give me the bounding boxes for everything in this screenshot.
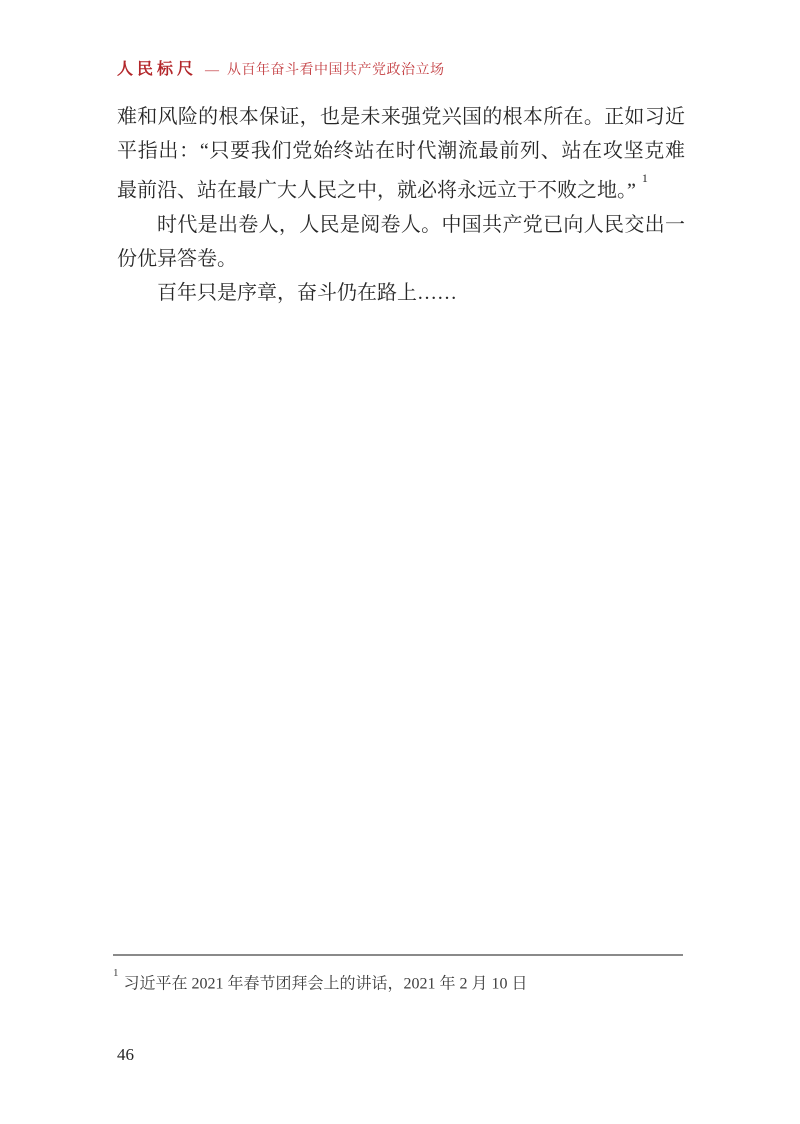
body-text: 难和风险的根本保证，也是未来强党兴国的根本所在。正如习近平指出：“只要我们党始终… (117, 100, 685, 310)
page-number: 46 (117, 1045, 134, 1065)
footnote-text: 习近平在 2021 年春节团拜会上的讲话，2021 年 2 月 10 日 (124, 975, 528, 992)
footnote-reference: 1 (642, 171, 648, 185)
paragraph-text: 难和风险的根本保证，也是未来强党兴国的根本所在。正如习近平指出：“只要我们党始终… (117, 106, 685, 202)
header-subtitle: 从百年奋斗看中国共产党政治立场 (227, 59, 445, 79)
document-page: 人民标尺 — 从百年奋斗看中国共产党政治立场 难和风险的根本保证，也是未来强党兴… (0, 0, 800, 1124)
paragraph-text: 时代是出卷人，人民是阅卷人。中国共产党已向人民交出一份优异答卷。 (117, 214, 685, 270)
paragraph: 时代是出卷人，人民是阅卷人。中国共产党已向人民交出一份优异答卷。 (117, 208, 685, 276)
footnote-number: 1 (113, 967, 119, 979)
paragraph: 百年只是序章，奋斗仍在路上…… (117, 276, 685, 310)
paragraph: 难和风险的根本保证，也是未来强党兴国的根本所在。正如习近平指出：“只要我们党始终… (117, 100, 685, 208)
header-separator: — (205, 63, 219, 79)
running-header: 人民标尺 — 从百年奋斗看中国共产党政治立场 (117, 56, 445, 79)
footnote: 1习近平在 2021 年春节团拜会上的讲话，2021 年 2 月 10 日 (113, 966, 693, 997)
paragraph-text: 百年只是序章，奋斗仍在路上…… (157, 282, 457, 304)
book-title: 人民标尺 (117, 56, 197, 79)
footnote-divider (113, 954, 683, 956)
